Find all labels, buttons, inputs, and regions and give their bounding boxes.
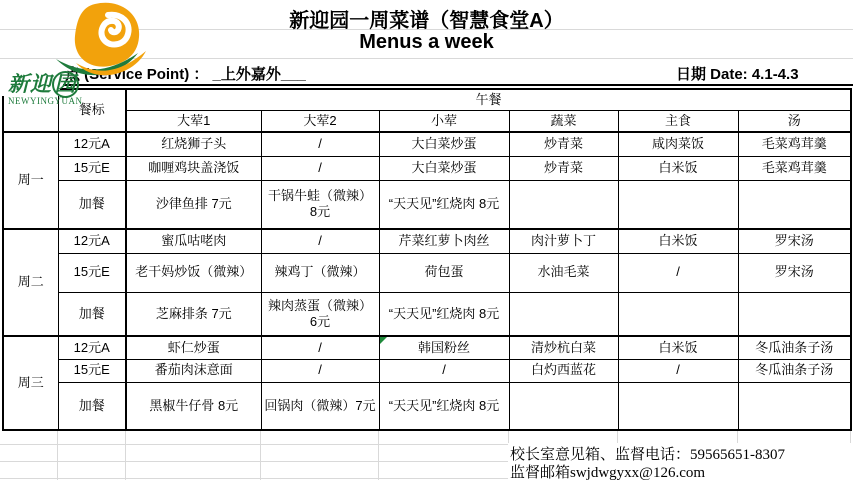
menu-cell: 罗宋汤 [738,253,851,292]
menu-cell: 白米饭 [618,156,738,180]
menu-cell: 冬瓜油条子汤 [738,359,851,382]
menu-cell: 炒青菜 [509,132,618,156]
menu-cell [509,180,618,229]
menu-cell: / [379,359,509,382]
menu-cell [509,292,618,336]
menu-cell: 黑椒牛仔骨 8元 [126,382,261,430]
menu-cell [738,180,851,229]
logo-name-cn: 新迎园 [8,68,98,98]
menu-cell: 芝麻排条 7元 [126,292,261,336]
menu-cell: 咸肉菜饭 [618,132,738,156]
menu-cell: 辣肉蒸蛋（微辣） 6元 [261,292,379,336]
weekly-menu-table: 餐标 午餐 大荤1 大荤2 小荤 蔬菜 主食 汤 周一 12元A 红烧狮子头 /… [2,88,852,431]
gridline [737,429,738,443]
menu-cell [738,382,851,430]
logo: 新迎园 NEWYINGYUAN [0,0,200,125]
meal-standard-label: 12元A [58,229,126,253]
menu-cell-flagged: 韩国粉丝 [379,336,509,359]
menu-cell: 干锅牛蛙（微辣） 8元 [261,180,379,229]
table-row: 周三 12元A 虾仁炒蛋 / 韩国粉丝 清炒杭白菜 白米饭 冬瓜油条子汤 [3,336,851,359]
gridline [260,429,261,480]
menu-cell [509,382,618,430]
menu-cell: / [261,336,379,359]
table-row: 加餐 沙律鱼排 7元 干锅牛蛙（微辣） 8元 “天天见”红烧肉 8元 [3,180,851,229]
table-row: 15元E 咖喱鸡块盖浇饭 / 大白菜炒蛋 炒青菜 白米饭 毛菜鸡茸羹 [3,156,851,180]
menu-cell: / [261,229,379,253]
table-row: 15元E 番茄肉沫意面 / / 白灼西蓝花 / 冬瓜油条子汤 [3,359,851,382]
menu-cell: 清炒杭白菜 [509,336,618,359]
meal-standard-label: 15元E [58,359,126,382]
menu-cell: 毛菜鸡茸羹 [738,156,851,180]
column-header: 小荤 [379,110,509,132]
menu-cell: “天天见”红烧肉 8元 [379,292,509,336]
table-row: 15元E 老干妈炒饭（微辣） 辣鸡丁（微辣） 荷包蛋 水油毛菜 / 罗宋汤 [3,253,851,292]
gridline [57,429,58,480]
gridline [0,444,508,445]
menu-cell: 水油毛菜 [509,253,618,292]
menu-cell [738,292,851,336]
menu-cell: 辣鸡丁（微辣） [261,253,379,292]
meal-standard-label: 15元E [58,156,126,180]
date-label: 日期 Date: 4.1-4.3 [676,63,799,84]
menu-cell: 白米饭 [618,229,738,253]
menu-cell: 毛菜鸡茸羹 [738,132,851,156]
menu-cell: / [618,359,738,382]
menu-cell: 沙律鱼排 7元 [126,180,261,229]
menu-cell: 红烧狮子头 [126,132,261,156]
gridline [508,429,509,443]
menu-cell: / [261,132,379,156]
day-label: 周二 [3,229,58,336]
menu-cell: 大白菜炒蛋 [379,156,509,180]
footer-email-line: 监督邮箱swjdwgyxx@126.com [510,461,705,480]
menu-cell: 冬瓜油条子汤 [738,336,851,359]
menu-cell [618,292,738,336]
gridline [0,478,508,479]
logo-name-en: NEWYINGYUAN [8,96,83,106]
gridline [617,429,618,443]
table-row: 加餐 黑椒牛仔骨 8元 回锅肉（微辣）7元 “天天见”红烧肉 8元 [3,382,851,430]
column-header: 大荤2 [261,110,379,132]
day-label: 周三 [3,336,58,430]
logo-name-cn-circled: 园 [52,71,79,98]
menu-cell: 荷包蛋 [379,253,509,292]
menu-cell: 白灼西蓝花 [509,359,618,382]
gridline [125,429,126,480]
menu-cell: 大白菜炒蛋 [379,132,509,156]
menu-cell [618,180,738,229]
gridline [378,429,379,480]
meal-standard-label: 12元A [58,336,126,359]
column-header: 汤 [738,110,851,132]
menu-cell: “天天见”红烧肉 8元 [379,180,509,229]
menu-cell: 肉汁萝卜丁 [509,229,618,253]
menu-cell [618,382,738,430]
menu-cell: 老干妈炒饭（微辣） [126,253,261,292]
table-row: 加餐 芝麻排条 7元 辣肉蒸蛋（微辣） 6元 “天天见”红烧肉 8元 [3,292,851,336]
meal-standard-label: 加餐 [58,180,126,229]
table-row: 周一 12元A 红烧狮子头 / 大白菜炒蛋 炒青菜 咸肉菜饭 毛菜鸡茸羹 [3,132,851,156]
meal-standard-label: 12元A [58,132,126,156]
menu-cell: 罗宋汤 [738,229,851,253]
menu-cell: / [618,253,738,292]
menu-cell: 芹菜红萝卜肉丝 [379,229,509,253]
menu-cell: / [261,156,379,180]
column-header: 主食 [618,110,738,132]
meal-standard-label: 加餐 [58,382,126,430]
day-label: 周一 [3,132,58,229]
column-header: 蔬菜 [509,110,618,132]
menu-cell: “天天见”红烧肉 8元 [379,382,509,430]
menu-cell: 白米饭 [618,336,738,359]
menu-cell: / [261,359,379,382]
lunch-header: 午餐 [126,89,851,110]
menu-cell: 回锅肉（微辣）7元 [261,382,379,430]
menu-cell: 咖喱鸡块盖浇饭 [126,156,261,180]
table-row: 周二 12元A 蜜瓜咕咾肉 / 芹菜红萝卜肉丝 肉汁萝卜丁 白米饭 罗宋汤 [3,229,851,253]
menu-cell: 虾仁炒蛋 [126,336,261,359]
gridline [0,461,508,462]
gridline [850,429,851,443]
meal-standard-label: 15元E [58,253,126,292]
menu-cell: 番茄肉沫意面 [126,359,261,382]
logo-name-cn-text: 新迎 [8,73,52,96]
menu-cell: 蜜瓜咕咾肉 [126,229,261,253]
menu-cell: 炒青菜 [509,156,618,180]
meal-standard-label: 加餐 [58,292,126,336]
